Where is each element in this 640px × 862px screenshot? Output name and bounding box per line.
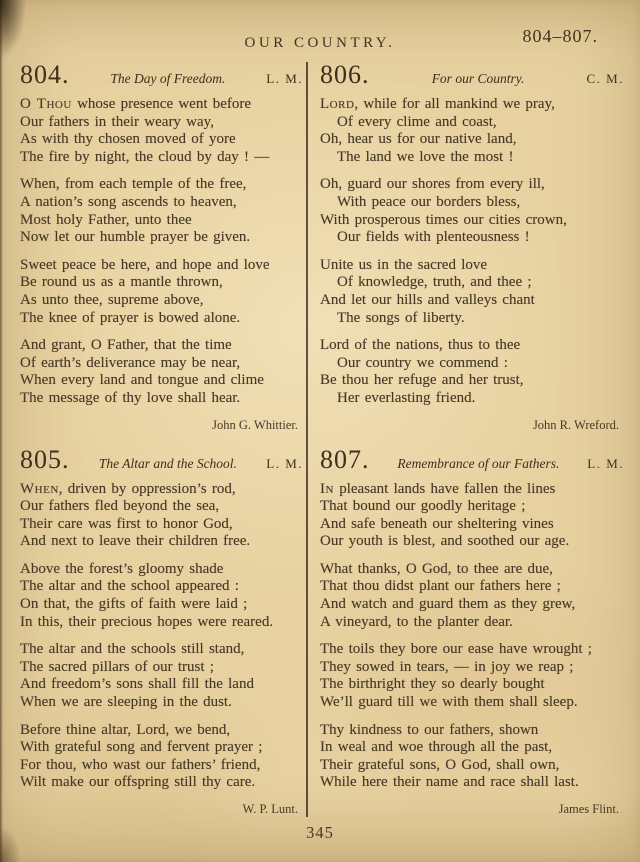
verse-line: Thy kindness to our fathers, shown (320, 722, 624, 740)
scan-corner-shadow-bottom-left (0, 828, 20, 862)
verse-line: The birthright they so dearly bought (320, 676, 624, 694)
hymn-number: 804. (20, 62, 70, 88)
stanza: When, from each temple of the free,A nat… (20, 176, 303, 246)
verse-line: When, from each temple of the free, (20, 176, 303, 194)
verse-line: Of earth’s deliverance may be near, (20, 355, 303, 373)
verse-line: When we are sleeping in the dust. (20, 694, 303, 712)
verse-line: They sowed in tears, — in joy we reap ; (320, 659, 624, 677)
hymn-805: 805. The Altar and the School. L. M. Whe… (20, 447, 303, 818)
stanza: Oh, guard our shores from every ill,With… (320, 176, 624, 246)
hymn-title: For our Country. (370, 71, 587, 87)
hymn-header: 804. The Day of Freedom. L. M. (20, 62, 303, 88)
verse-line: With peace our borders bless, (320, 194, 624, 212)
verse-line: When every land and tongue and clime (20, 372, 303, 390)
verse-line: And next to leave their children free. (20, 533, 303, 551)
verse-line: The fire by night, the cloud by day ! — (20, 149, 303, 167)
hymn-stanzas: In pleasant lands have fallen the linesT… (320, 481, 624, 793)
hymn-attribution: W. P. Lunt. (20, 802, 303, 817)
small-caps-lead: Lord (320, 96, 354, 112)
verse-line: Sweet peace be here, and hope and love (20, 257, 303, 275)
verse-line: Of knowledge, truth, and thee ; (320, 274, 624, 292)
page-number: 345 (0, 823, 640, 843)
verse-line: As unto thee, supreme above, (20, 292, 303, 310)
verse-line: Our fathers in their weary way, (20, 114, 303, 132)
verse-line: Above the forest’s gloomy shade (20, 561, 303, 579)
verse-line: And let our hills and valleys chant (320, 292, 624, 310)
page-body: 804. The Day of Freedom. L. M. O Thou wh… (20, 62, 624, 817)
verse-line: The altar and the school appeared : (20, 578, 303, 596)
small-caps-lead: In (320, 481, 334, 497)
verse-line: On that, the gifts of faith were laid ; (20, 596, 303, 614)
hymn-header: 805. The Altar and the School. L. M. (20, 447, 303, 473)
hymn-title: The Day of Freedom. (70, 71, 267, 87)
hymn-meter: L. M. (266, 71, 303, 87)
stanza: What thanks, O God, to thee are due,That… (320, 561, 624, 631)
hymn-stanzas: When, driven by oppression’s rod,Our fat… (20, 481, 303, 793)
verse-line: Our youth is blest, and soothed our age. (320, 533, 624, 551)
verse-line: While here their name and race shall las… (320, 774, 624, 792)
hymn-stanzas: Lord, while for all mankind we pray,Of e… (320, 96, 624, 408)
hymn-header: 807. Remembrance of our Fathers. L. M. (320, 447, 624, 473)
verse-line: O Thou whose presence went before (20, 96, 303, 114)
verse-line: The message of thy love shall hear. (20, 390, 303, 408)
page-left-edge-shadow (0, 0, 3, 862)
small-caps-lead: O Thou (20, 96, 72, 112)
verse-line: As with thy chosen moved of yore (20, 131, 303, 149)
verse-line: And watch and guard them as they grew, (320, 596, 624, 614)
hymn-title: Remembrance of our Fathers. (370, 456, 588, 472)
verse-line: Their care was first to honor God, (20, 516, 303, 534)
hymn-range: 804–807. (523, 26, 599, 47)
verse-line: With prosperous times our cities crown, (320, 212, 624, 230)
verse-line: Her everlasting friend. (320, 390, 624, 408)
hymn-attribution: John R. Wreford. (320, 418, 624, 433)
hymn-attribution: John G. Whittier. (20, 418, 303, 433)
stanza: When, driven by oppression’s rod,Our fat… (20, 481, 303, 551)
verse-line: Oh, hear us for our native land, (320, 131, 624, 149)
hymn-number: 807. (320, 447, 370, 473)
stanza: Above the forest’s gloomy shadeThe altar… (20, 561, 303, 631)
hymn-806: 806. For our Country. C. M. Lord, while … (320, 62, 624, 433)
verse-line: Lord of the nations, thus to thee (320, 337, 624, 355)
hymn-meter: L. M. (587, 456, 624, 472)
hymn-header: 806. For our Country. C. M. (320, 62, 624, 88)
hymn-meter: L. M. (266, 456, 303, 472)
hymn-title: The Altar and the School. (70, 456, 267, 472)
hymn-attribution: James Flint. (320, 802, 624, 817)
verse-line: The sacred pillars of our trust ; (20, 659, 303, 677)
stanza: Before thine altar, Lord, we bend,With g… (20, 722, 303, 792)
scan-corner-shadow-top-left (0, 0, 26, 58)
verse-line: Our fields with plenteousness ! (320, 229, 624, 247)
verse-line: Lord, while for all mankind we pray, (320, 96, 624, 114)
stanza: The toils they bore our ease have wrough… (320, 641, 624, 711)
verse-line: And safe beneath our sheltering vines (320, 516, 624, 534)
verse-line: The knee of prayer is bowed alone. (20, 310, 303, 328)
verse-line: The altar and the schools still stand, (20, 641, 303, 659)
verse-line: Be thou her refuge and her trust, (320, 372, 624, 390)
small-caps-lead: When (20, 481, 59, 497)
verse-line: Of every clime and coast, (320, 114, 624, 132)
verse-line: Be round us as a mantle thrown, (20, 274, 303, 292)
verse-line: That bound our goodly heritage ; (320, 498, 624, 516)
verse-line: Wilt make our offspring still thy care. (20, 774, 303, 792)
verse-line: Most holy Father, unto thee (20, 212, 303, 230)
verse-line: A nation’s song ascends to heaven, (20, 194, 303, 212)
verse-line: With grateful song and fervent prayer ; (20, 739, 303, 757)
verse-line: Before thine altar, Lord, we bend, (20, 722, 303, 740)
hymn-number: 806. (320, 62, 370, 88)
verse-line: In pleasant lands have fallen the lines (320, 481, 624, 499)
stanza: Sweet peace be here, and hope and loveBe… (20, 257, 303, 327)
hymn-meter: C. M. (587, 71, 624, 87)
stanza: Unite us in the sacred loveOf knowledge,… (320, 257, 624, 327)
hymnal-page: OUR COUNTRY. 804–807. 804. The Day of Fr… (0, 0, 640, 862)
verse-line: The songs of liberty. (320, 310, 624, 328)
stanza: In pleasant lands have fallen the linesT… (320, 481, 624, 551)
stanza: Thy kindness to our fathers, shownIn wea… (320, 722, 624, 792)
verse-line: We’ll guard till we with them shall slee… (320, 694, 624, 712)
verse-line: Our country we commend : (320, 355, 624, 373)
verse-line: In weal and woe through all the past, (320, 739, 624, 757)
verse-line: Oh, guard our shores from every ill, (320, 176, 624, 194)
verse-line: When, driven by oppression’s rod, (20, 481, 303, 499)
hymn-804: 804. The Day of Freedom. L. M. O Thou wh… (20, 62, 303, 433)
verse-line: Their grateful sons, O God, shall own, (320, 757, 624, 775)
stanza: The altar and the schools still stand,Th… (20, 641, 303, 711)
hymn-number: 805. (20, 447, 70, 473)
verse-line: For thou, who wast our fathers’ friend, (20, 757, 303, 775)
verse-line: And grant, O Father, that the time (20, 337, 303, 355)
stanza: And grant, O Father, that the timeOf ear… (20, 337, 303, 407)
stanza: Lord, while for all mankind we pray,Of e… (320, 96, 624, 166)
stanza: Lord of the nations, thus to theeOur cou… (320, 337, 624, 407)
right-column: 806. For our Country. C. M. Lord, while … (306, 62, 624, 817)
verse-line: Our fathers fled beyond the sea, (20, 498, 303, 516)
left-column: 804. The Day of Freedom. L. M. O Thou wh… (20, 62, 306, 817)
hymn-stanzas: O Thou whose presence went beforeOur fat… (20, 96, 303, 408)
verse-line: In this, their precious hopes were reare… (20, 614, 303, 632)
stanza: O Thou whose presence went beforeOur fat… (20, 96, 303, 166)
verse-line: The toils they bore our ease have wrough… (320, 641, 624, 659)
verse-line: That thou didst plant our fathers here ; (320, 578, 624, 596)
verse-line: The land we love the most ! (320, 149, 624, 167)
verse-line: Now let our humble prayer be given. (20, 229, 303, 247)
verse-line: And freedom’s sons shall fill the land (20, 676, 303, 694)
hymn-807: 807. Remembrance of our Fathers. L. M. I… (320, 447, 624, 818)
verse-line: Unite us in the sacred love (320, 257, 624, 275)
verse-line: A vineyard, to the planter dear. (320, 614, 624, 632)
verse-line: What thanks, O God, to thee are due, (320, 561, 624, 579)
